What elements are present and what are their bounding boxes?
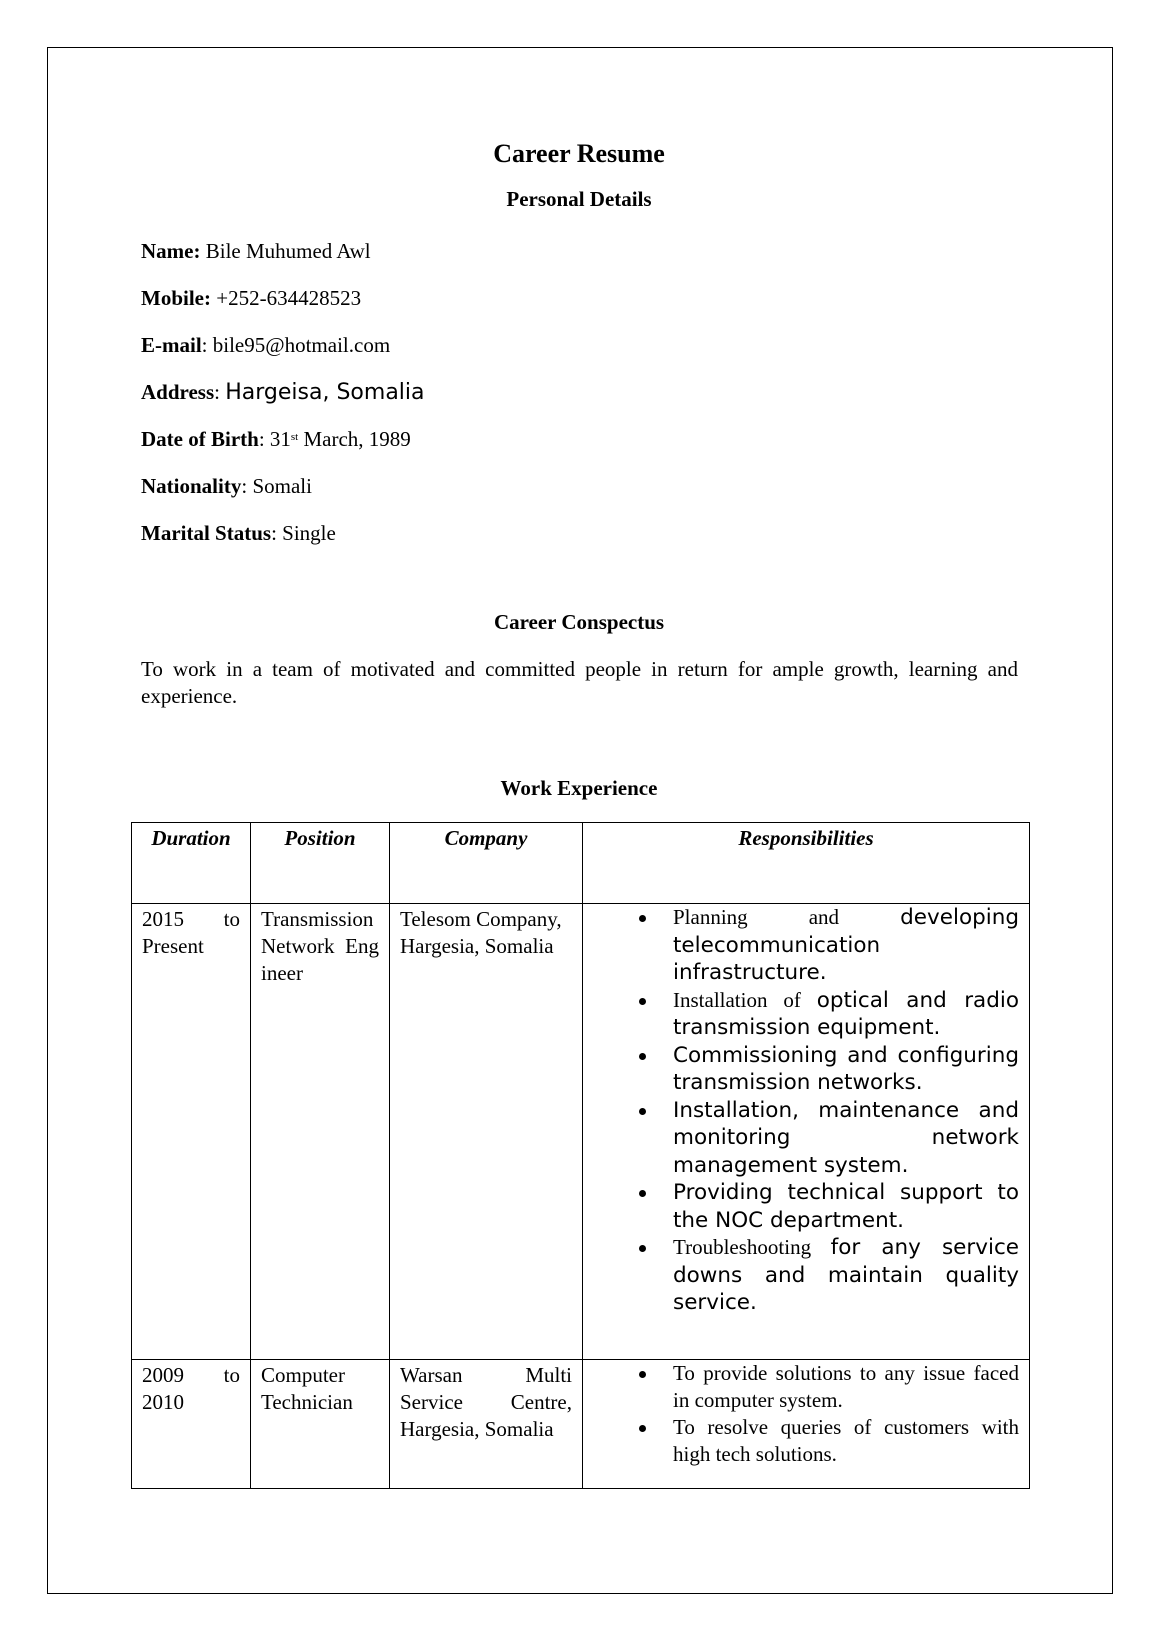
resp-serif: Planning and — [673, 905, 839, 929]
resp-sans: Installation, maintenance and monitoring… — [673, 1098, 1019, 1178]
resp-serif: Installation of — [673, 988, 801, 1012]
cell-company: Telesom Company, Hargesia, Somalia — [390, 904, 583, 1360]
company-text: Telesom Company, Hargesia, Somalia — [400, 904, 572, 960]
value-nationality: Somali — [252, 474, 312, 498]
responsibility-list: To provide solutions to any issue faced … — [593, 1360, 1019, 1468]
cell-position: Computer Technician — [251, 1360, 390, 1489]
label-nationality: Nationality — [141, 474, 241, 498]
duration-text: 2009 to 2010 — [142, 1360, 240, 1416]
label-mobile: Mobile: — [141, 286, 211, 310]
table-row: 2015 to Present Transmission Network Eng… — [132, 904, 1030, 1360]
position-text: Transmission Network Engineer — [261, 904, 379, 987]
section-heading-career-conspectus: Career Conspectus — [0, 610, 1158, 635]
list-item: To resolve queries of customers with hig… — [673, 1414, 1019, 1468]
list-item: Planning and developing telecommunicatio… — [673, 904, 1019, 987]
detail-address: Address: Hargeisa, Somalia — [141, 380, 425, 405]
cell-duration: 2009 to 2010 — [132, 1360, 251, 1489]
value-dob-rest: March, 1989 — [304, 427, 411, 451]
section-heading-personal-details: Personal Details — [0, 187, 1158, 212]
detail-marital: Marital Status: Single — [141, 521, 336, 545]
career-objective: To work in a team of motivated and commi… — [141, 656, 1018, 710]
cell-responsibilities: To provide solutions to any issue faced … — [583, 1360, 1030, 1489]
value-email: bile95@hotmail.com — [213, 333, 390, 357]
company-text: Warsan Multi Service Centre, Hargesia, S… — [400, 1360, 572, 1443]
section-heading-work-experience: Work Experience — [0, 776, 1158, 801]
list-item: Providing technical support to the NOC d… — [673, 1179, 1019, 1234]
resp-serif: To resolve queries of customers with hig… — [673, 1415, 1019, 1466]
position-text: Computer Technician — [261, 1360, 379, 1416]
duration-text: 2015 to Present — [142, 904, 240, 960]
document-title: Career Resume — [0, 139, 1158, 169]
resp-sans: Providing technical support to the NOC d… — [673, 1180, 1019, 1233]
detail-name: Name: Bile Muhumed Awl — [141, 239, 371, 263]
detail-mobile: Mobile: +252-634428523 — [141, 286, 361, 310]
list-item: Installation of optical and radio transm… — [673, 987, 1019, 1042]
table-header-row: Duration Position Company Responsibiliti… — [132, 823, 1030, 904]
resp-serif: Troubleshooting — [673, 1235, 811, 1259]
header-company: Company — [390, 823, 583, 904]
list-item: Commissioning and configuring transmissi… — [673, 1042, 1019, 1097]
cell-position: Transmission Network Engineer — [251, 904, 390, 1360]
work-experience-table: Duration Position Company Responsibiliti… — [131, 822, 1030, 1489]
header-position: Position — [251, 823, 390, 904]
value-mobile: +252-634428523 — [216, 286, 361, 310]
value-dob-day: 31 — [270, 427, 291, 451]
value-address: Hargeisa, Somalia — [225, 380, 424, 405]
list-item: Troubleshooting for any service downs an… — [673, 1234, 1019, 1317]
label-name: Name: — [141, 239, 200, 263]
list-item: To provide solutions to any issue faced … — [673, 1360, 1019, 1414]
detail-dob: Date of Birth: 31st March, 1989 — [141, 427, 411, 451]
value-marital: Single — [282, 521, 336, 545]
table-row: 2009 to 2010 Computer Technician Warsan … — [132, 1360, 1030, 1489]
label-address: Address — [141, 380, 214, 404]
detail-nationality: Nationality: Somali — [141, 474, 312, 498]
value-name: Bile Muhumed Awl — [206, 239, 371, 263]
responsibility-list: Planning and developing telecommunicatio… — [593, 904, 1019, 1317]
value-dob-suffix: st — [291, 431, 298, 443]
cell-company: Warsan Multi Service Centre, Hargesia, S… — [390, 1360, 583, 1489]
label-dob: Date of Birth — [141, 427, 259, 451]
resp-serif: To provide solutions to any issue faced … — [673, 1361, 1019, 1412]
header-responsibilities: Responsibilities — [583, 823, 1030, 904]
detail-email: E-mail: bile95@hotmail.com — [141, 333, 390, 357]
cell-duration: 2015 to Present — [132, 904, 251, 1360]
header-duration: Duration — [132, 823, 251, 904]
label-email: E-mail — [141, 333, 202, 357]
resp-sans: Commissioning and configuring transmissi… — [673, 1043, 1019, 1096]
cell-responsibilities: Planning and developing telecommunicatio… — [583, 904, 1030, 1360]
list-item: Installation, maintenance and monitoring… — [673, 1097, 1019, 1180]
label-marital: Marital Status — [141, 521, 271, 545]
